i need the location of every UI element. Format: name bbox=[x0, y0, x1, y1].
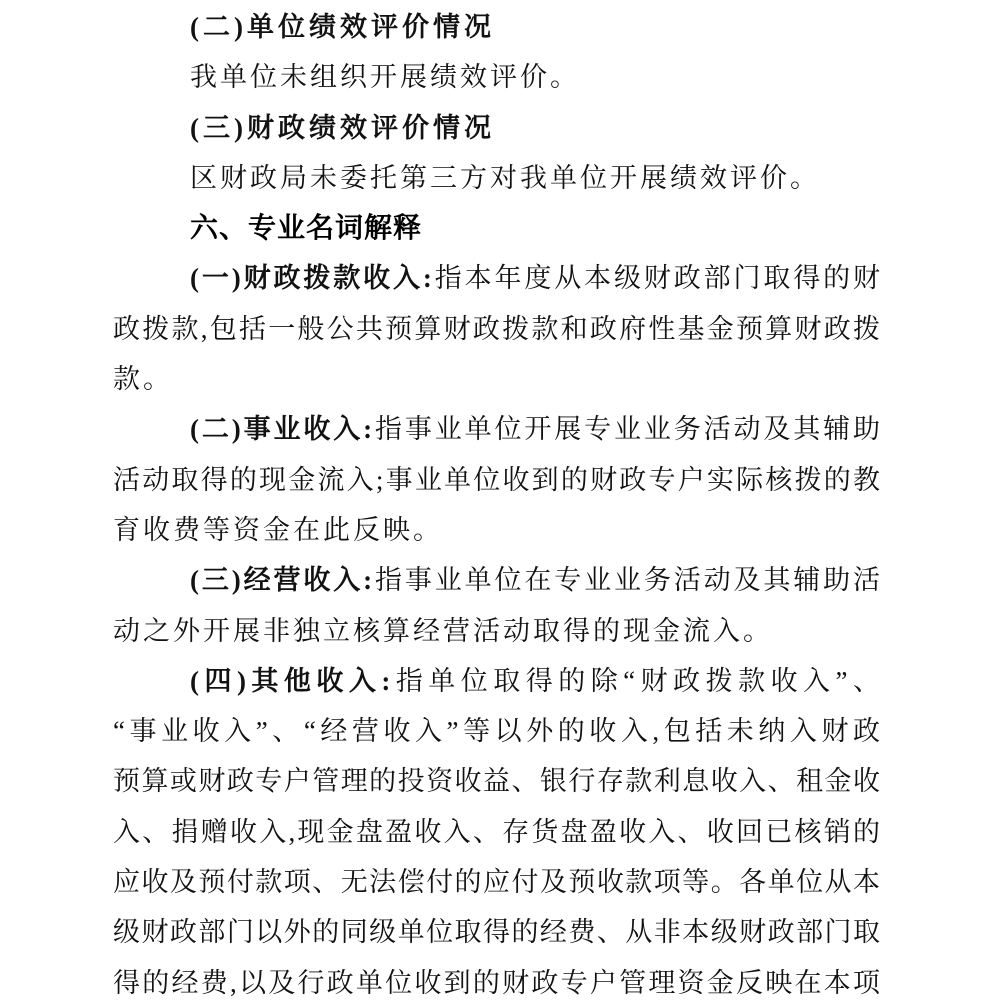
term-definition-text: 指单位取得的除“财政拨款收入”、 bbox=[390, 666, 880, 696]
document-page: (二)单位绩效评价情况 我单位未组织开展绩效评价。 (三)财政绩效评价情况 区财… bbox=[0, 0, 1000, 1006]
term-label-fiscal-appropriation-income: (一)财政拨款收入: bbox=[190, 263, 432, 293]
para-operational-income-line-2: 活动取得的现金流入;事业单位收到的财政专户实际核拨的教 bbox=[113, 455, 880, 505]
para-other-income-line-5: 应收及预付款项、无法偿付的应付及预收款项等。各单位从本 bbox=[113, 857, 880, 907]
para-other-income-line-4: 入、捐赠收入,现金盘盈收入、存货盘盈收入、收回已核销的 bbox=[113, 807, 880, 857]
para-unit-no-evaluation: 我单位未组织开展绩效评价。 bbox=[113, 52, 880, 102]
para-business-income-line-2: 动之外开展非独立核算经营活动取得的现金流入。 bbox=[113, 606, 880, 656]
para-other-income-line-6: 级财政部门以外的同级单位取得的经费、从非本级财政部门取 bbox=[113, 907, 880, 957]
para-fiscal-appropriation-income-line-3: 款。 bbox=[113, 354, 880, 404]
para-other-income-line-3: 预算或财政专户管理的投资收益、银行存款利息收入、租金收 bbox=[113, 756, 880, 806]
term-label-operational-income: (二)事业收入: bbox=[190, 414, 372, 444]
heading-unit-performance-evaluation: (二)单位绩效评价情况 bbox=[113, 2, 880, 52]
para-operational-income-line-3: 育收费等资金在此反映。 bbox=[113, 505, 880, 555]
term-definition-text: 指事业单位在专业业务活动及其辅助活 bbox=[372, 565, 880, 595]
para-other-income-line-7: 得的经费,以及行政单位收到的财政专户管理资金反映在本项 bbox=[113, 958, 880, 1006]
term-label-business-income: (三)经营收入: bbox=[190, 565, 372, 595]
term-definition-text: 指本年度从本级财政部门取得的财 bbox=[432, 263, 880, 293]
para-other-income-line-2: “事业收入”、“经营收入”等以外的收入,包括未纳入财政 bbox=[113, 706, 880, 756]
heading-terminology-section: 六、专业名词解释 bbox=[113, 203, 880, 253]
para-fiscal-no-evaluation: 区财政局未委托第三方对我单位开展绩效评价。 bbox=[113, 153, 880, 203]
term-label-other-income: (四)其他收入: bbox=[190, 666, 390, 696]
para-fiscal-appropriation-income-line-1: (一)财政拨款收入:指本年度从本级财政部门取得的财 bbox=[113, 253, 880, 303]
para-fiscal-appropriation-income-line-2: 政拨款,包括一般公共预算财政拨款和政府性基金预算财政拨 bbox=[113, 304, 880, 354]
para-other-income-line-1: (四)其他收入:指单位取得的除“财政拨款收入”、 bbox=[113, 656, 880, 706]
para-operational-income-line-1: (二)事业收入:指事业单位开展专业业务活动及其辅助 bbox=[113, 404, 880, 454]
para-business-income-line-1: (三)经营收入:指事业单位在专业业务活动及其辅助活 bbox=[113, 555, 880, 605]
heading-fiscal-performance-evaluation: (三)财政绩效评价情况 bbox=[113, 103, 880, 153]
term-definition-text: 指事业单位开展专业业务活动及其辅助 bbox=[372, 414, 880, 444]
document-text-block: (二)单位绩效评价情况 我单位未组织开展绩效评价。 (三)财政绩效评价情况 区财… bbox=[113, 2, 880, 1006]
